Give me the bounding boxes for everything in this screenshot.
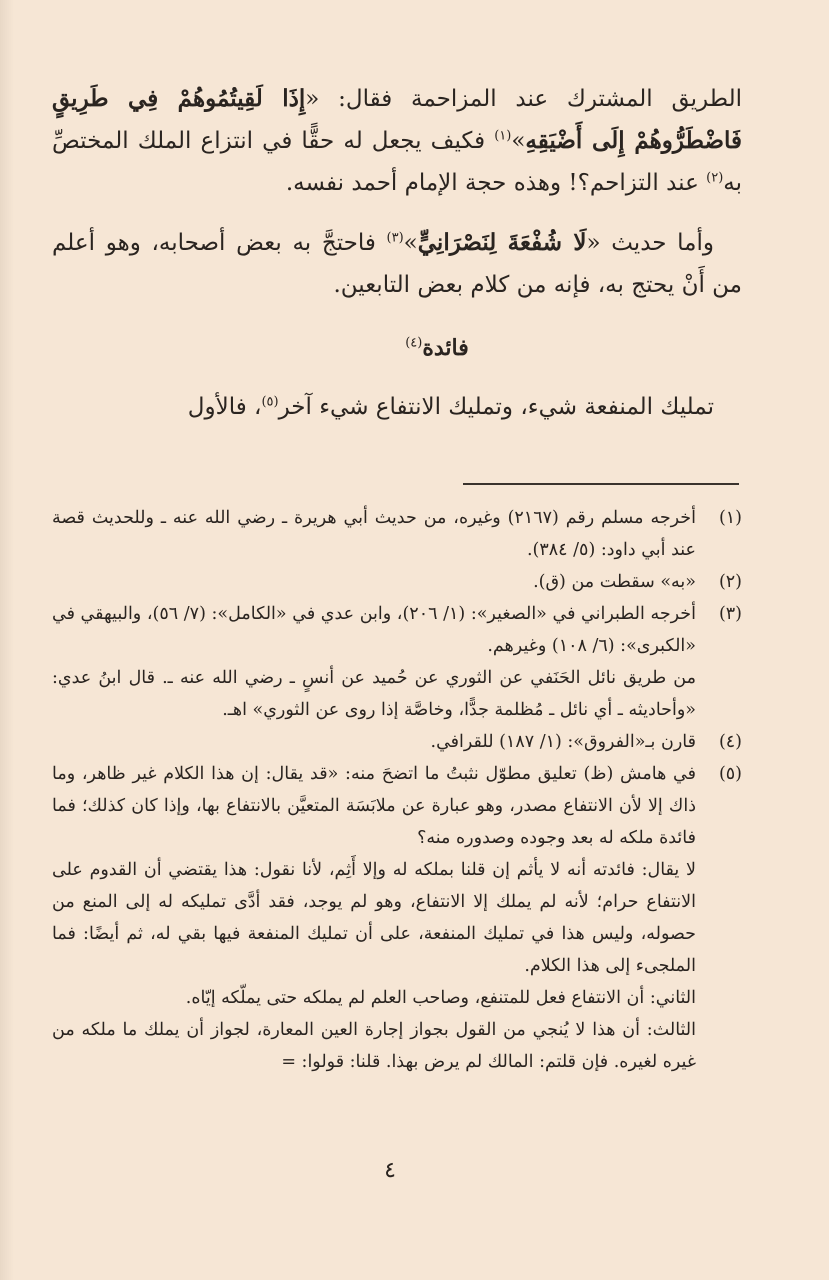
footnote-2: (٢) «به» سقطت من (ق). [52,566,742,598]
paragraph-2: وأما حديث «لَا شُفْعَةَ لِنَصْرَانِيٍّ»(… [52,222,742,306]
paragraph-text: عند التزاحم؟! وهذه حجة الإمام أحمد نفسه. [286,170,706,196]
paragraph-3: تمليك المنفعة شيء، وتمليك الانتفاع شيء آ… [52,386,742,428]
paragraph-1: الطريق المشترك عند المزاحمة فقال: «إِذَا… [52,78,742,204]
footnote-text: «به» سقطت من (ق). [533,572,696,592]
main-text: الطريق المشترك عند المزاحمة فقال: «إِذَا… [52,78,742,428]
paragraph-text: الطريق المشترك عند المزاحمة فقال: « [305,86,742,112]
footnote-body: قارن بـ«الفروق»: (١/ ١٨٧) للقرافي. [52,726,696,758]
paragraph-text: ، فالأول [188,394,262,420]
footnote-number: (٢) [696,566,742,598]
footnotes: (١) أخرجه مسلم رقم (٢١٦٧) وغيره، من حديث… [52,502,742,1078]
footnote-ref-3[interactable]: (٣) [387,230,404,245]
footnote-3-continuation: من طريق نائل الحَنَفي عن الثوري عن حُميد… [52,662,742,726]
footnote-text: في هامش (ظ) تعليق مطوّل نثبتُ ما اتضحَ م… [52,764,696,848]
footnote-3: (٣) أخرجه الطبراني في «الصغير»: (١/ ٢٠٦)… [52,598,742,662]
footnote-body: أخرجه مسلم رقم (٢١٦٧) وغيره، من حديث أبي… [52,502,696,566]
footnote-5-continuation-2: الثاني: أن الانتفاع فعل للمتنفع، وصاحب ا… [52,982,742,1014]
footnote-5-continuation-3: الثالث: أن هذا لا يُنجي من القول بجواز إ… [52,1014,742,1078]
footnote-text: أخرجه مسلم رقم (٢١٦٧) وغيره، من حديث أبي… [161,508,696,528]
footnote-1: (١) أخرجه مسلم رقم (٢١٦٧) وغيره، من حديث… [52,502,742,566]
footnote-number: (٤) [696,726,742,758]
paragraph-text: وأما حديث « [586,230,714,256]
footnote-body: في هامش (ظ) تعليق مطوّل نثبتُ ما اتضحَ م… [52,758,696,854]
footnote-number: (١) [696,502,742,566]
page-number: ٤ [370,1158,410,1183]
footnote-number: (٣) [696,598,742,662]
footnote-4: (٤) قارن بـ«الفروق»: (١/ ١٨٧) للقرافي. [52,726,742,758]
footnote-ref-5[interactable]: (٥) [261,394,278,409]
footnote-ref-4[interactable]: (٤) [405,336,422,351]
footnote-text: أخرجه الطبراني في «الصغير»: (١/ ٢٠٦)، وا… [147,604,696,624]
footnote-body: أخرجه الطبراني في «الصغير»: (١/ ٢٠٦)، وا… [52,598,696,662]
page-edge-shadow [0,0,14,1280]
footnote-5: (٥) في هامش (ظ) تعليق مطوّل نثبتُ ما اتض… [52,758,742,854]
paragraph-text: تمليك المنفعة شيء، وتمليك الانتفاع شيء آ… [279,394,714,420]
footnote-separator [463,483,739,485]
footnote-ref-1[interactable]: (١) [494,128,511,143]
quote-mark: » [511,128,525,154]
hadith-quote: لَا شُفْعَةَ لِنَصْرَانِيٍّ [418,229,587,256]
footnote-ref-2[interactable]: (٢) [706,170,723,185]
footnote-body: «به» سقطت من (ق). [52,566,696,598]
quote-mark: » [404,230,418,256]
heading-title: فائدة [422,335,468,361]
footnote-text: قارن بـ«الفروق»: (١/ ١٨٧) للقرافي. [431,732,696,752]
footnote-5-continuation-1: لا يقال: فائدته أنه لا يأثم إن قلنا بملك… [52,854,742,982]
footnote-number: (٥) [696,758,742,854]
section-heading: فائدة(٤) [52,328,742,368]
